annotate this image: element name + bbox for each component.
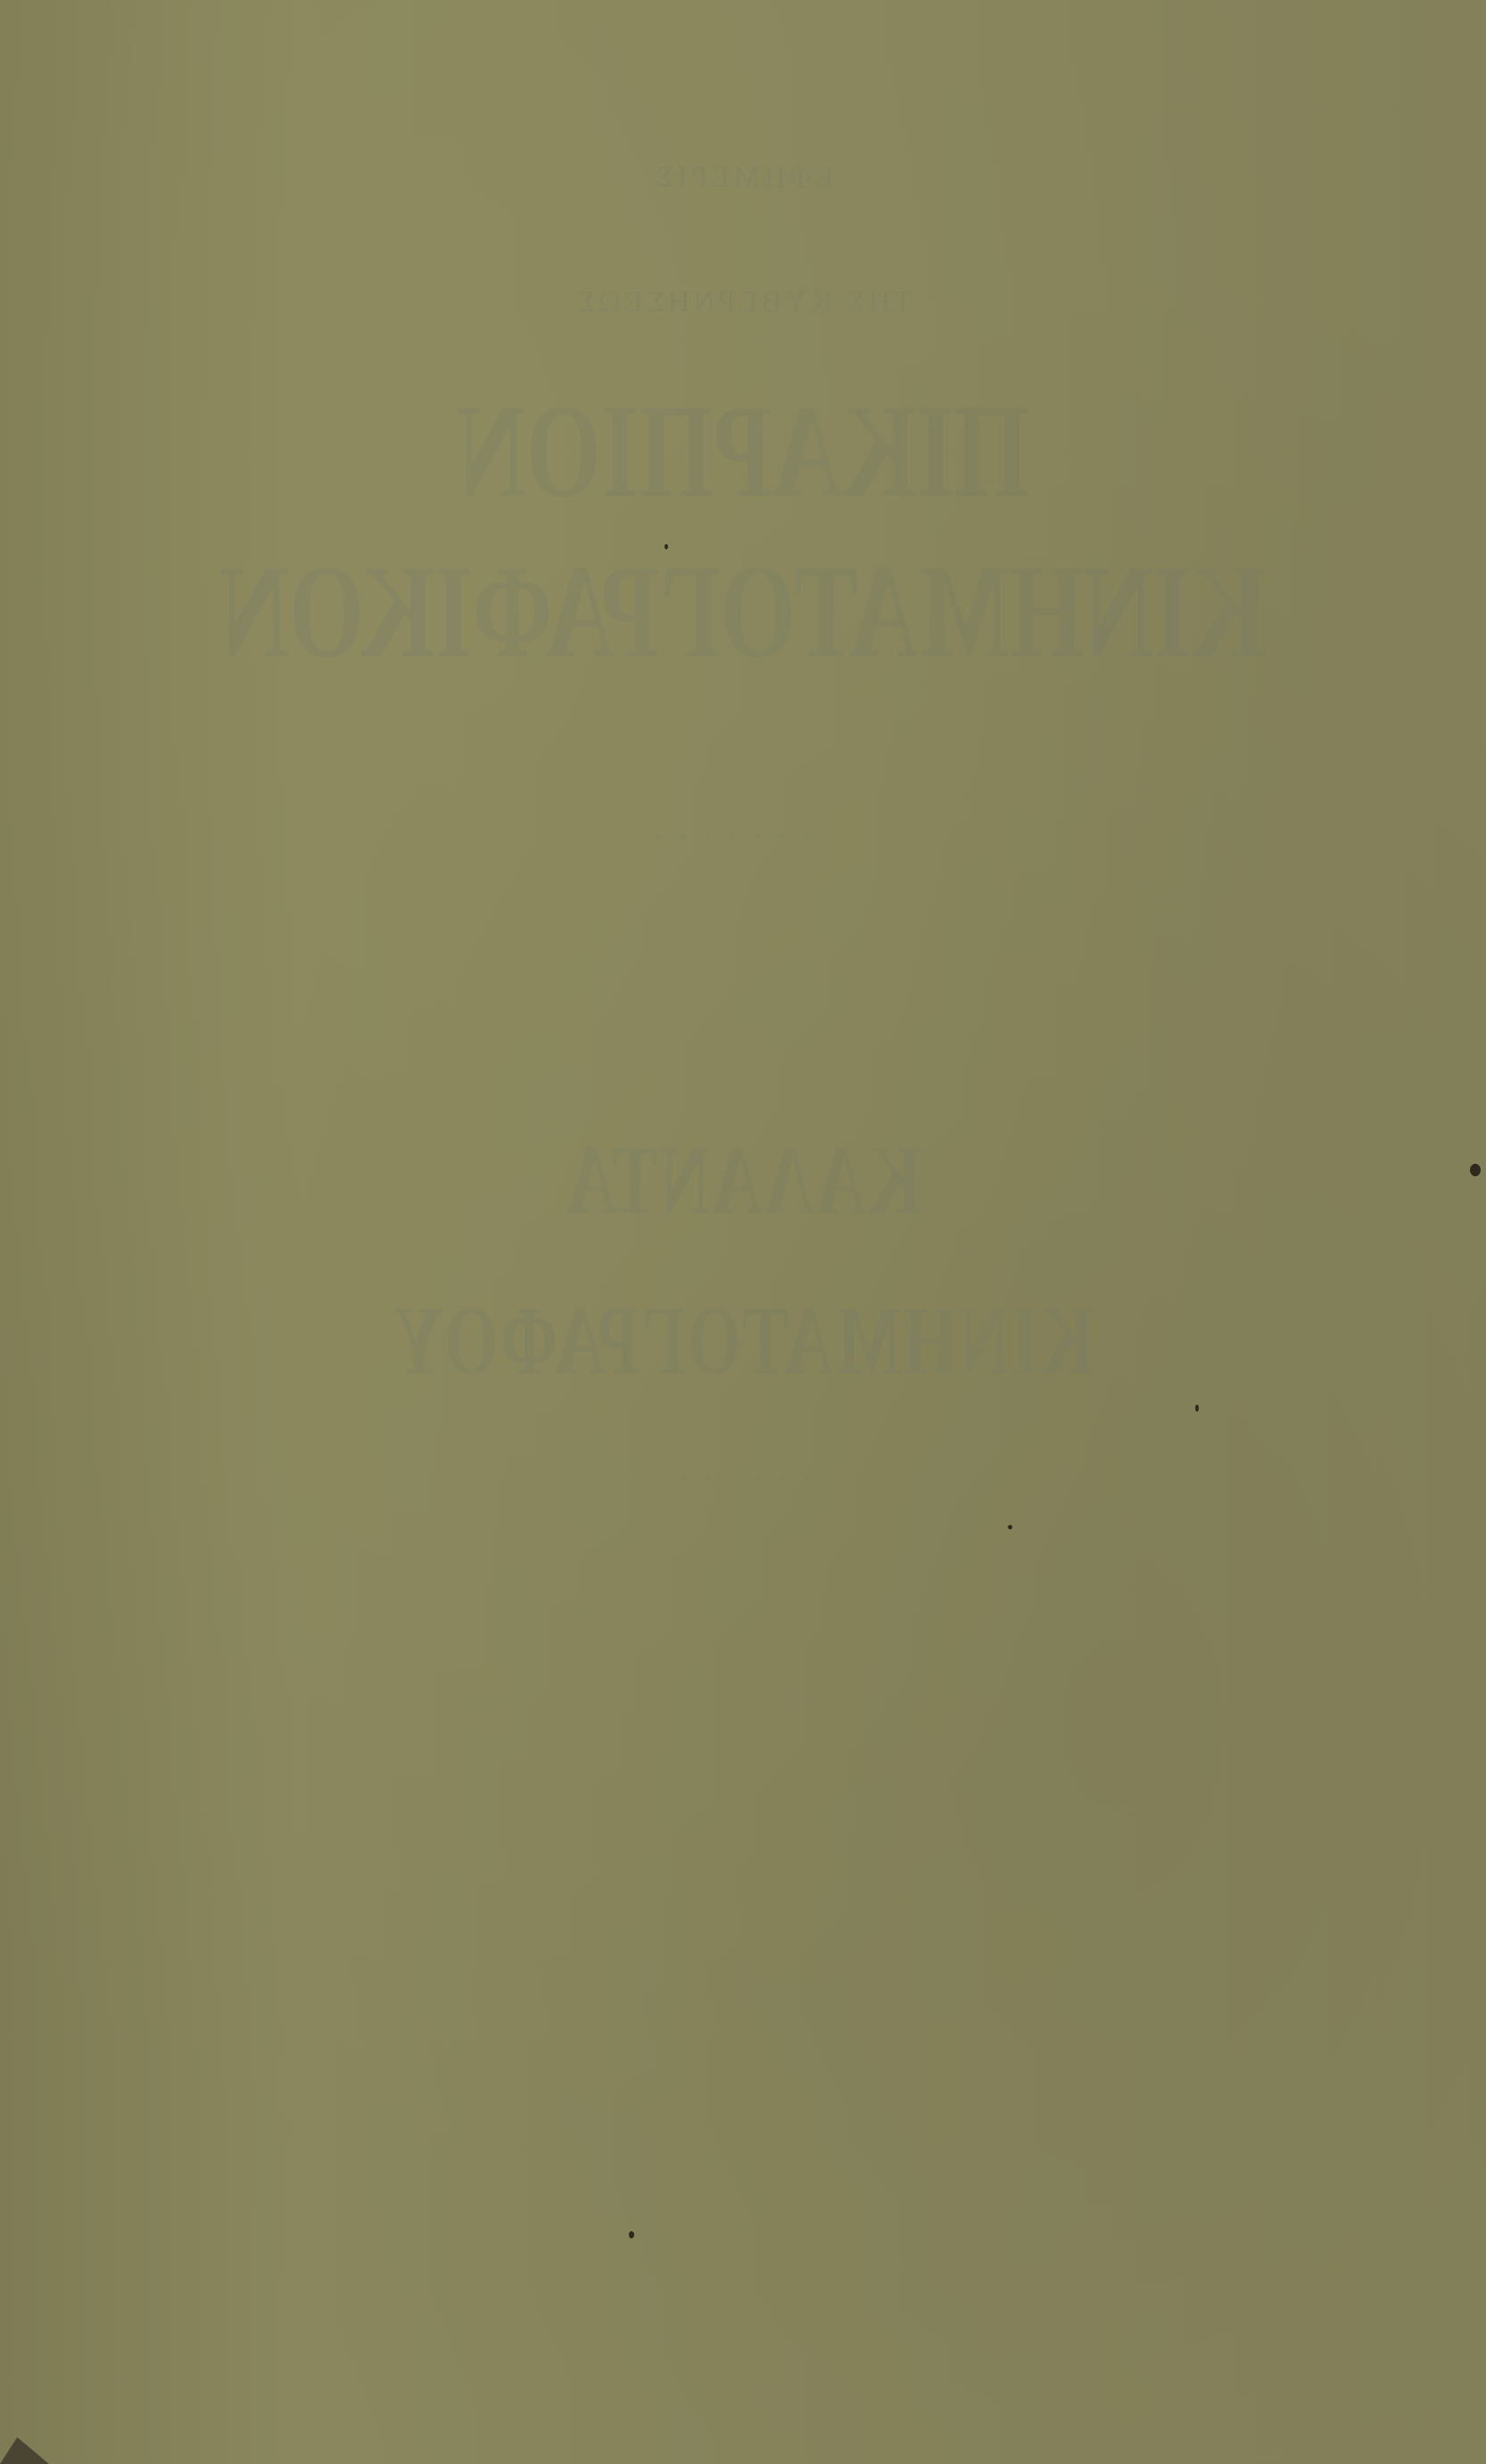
ink-speck (665, 544, 668, 549)
ink-speck (629, 2231, 634, 2238)
bleed-text-line: · · · · · · · · (0, 820, 1486, 854)
bleed-headline: ΚΙΝΗΜΑΤΟΓΡΑΦΟΥ (223, 1284, 1263, 1397)
bleed-text-line: ΤΗΣ ΚΥΒΕΡΝΗΣΕΩΣ (0, 285, 1486, 319)
page-corner-fold (0, 2437, 49, 2464)
bleed-text-line: · · · · · · (0, 1463, 1486, 1496)
bleed-headline: ΠΙΚΑΡΠΙΟΝ (208, 375, 1278, 528)
ink-speck (1195, 1405, 1199, 1412)
paper-page: ΕΦΗΜΕΡΙΣ ΤΗΣ ΚΥΒΕΡΝΗΣΕΩΣ ΠΙΚΑΡΠΙΟΝ ΚΙΝΗΜ… (0, 0, 1486, 2464)
ink-speck (1008, 1525, 1012, 1529)
bleed-headline: ΚΙΝΗΜΑΤΟΓΡΑΦΙΚΟΝ (208, 535, 1278, 688)
ink-speck (1470, 1164, 1481, 1176)
bleed-text-line: ΕΦΗΜΕΡΙΣ (0, 161, 1486, 194)
bleed-headline: ΚΑΛΑΝΤΑ (223, 1124, 1263, 1237)
